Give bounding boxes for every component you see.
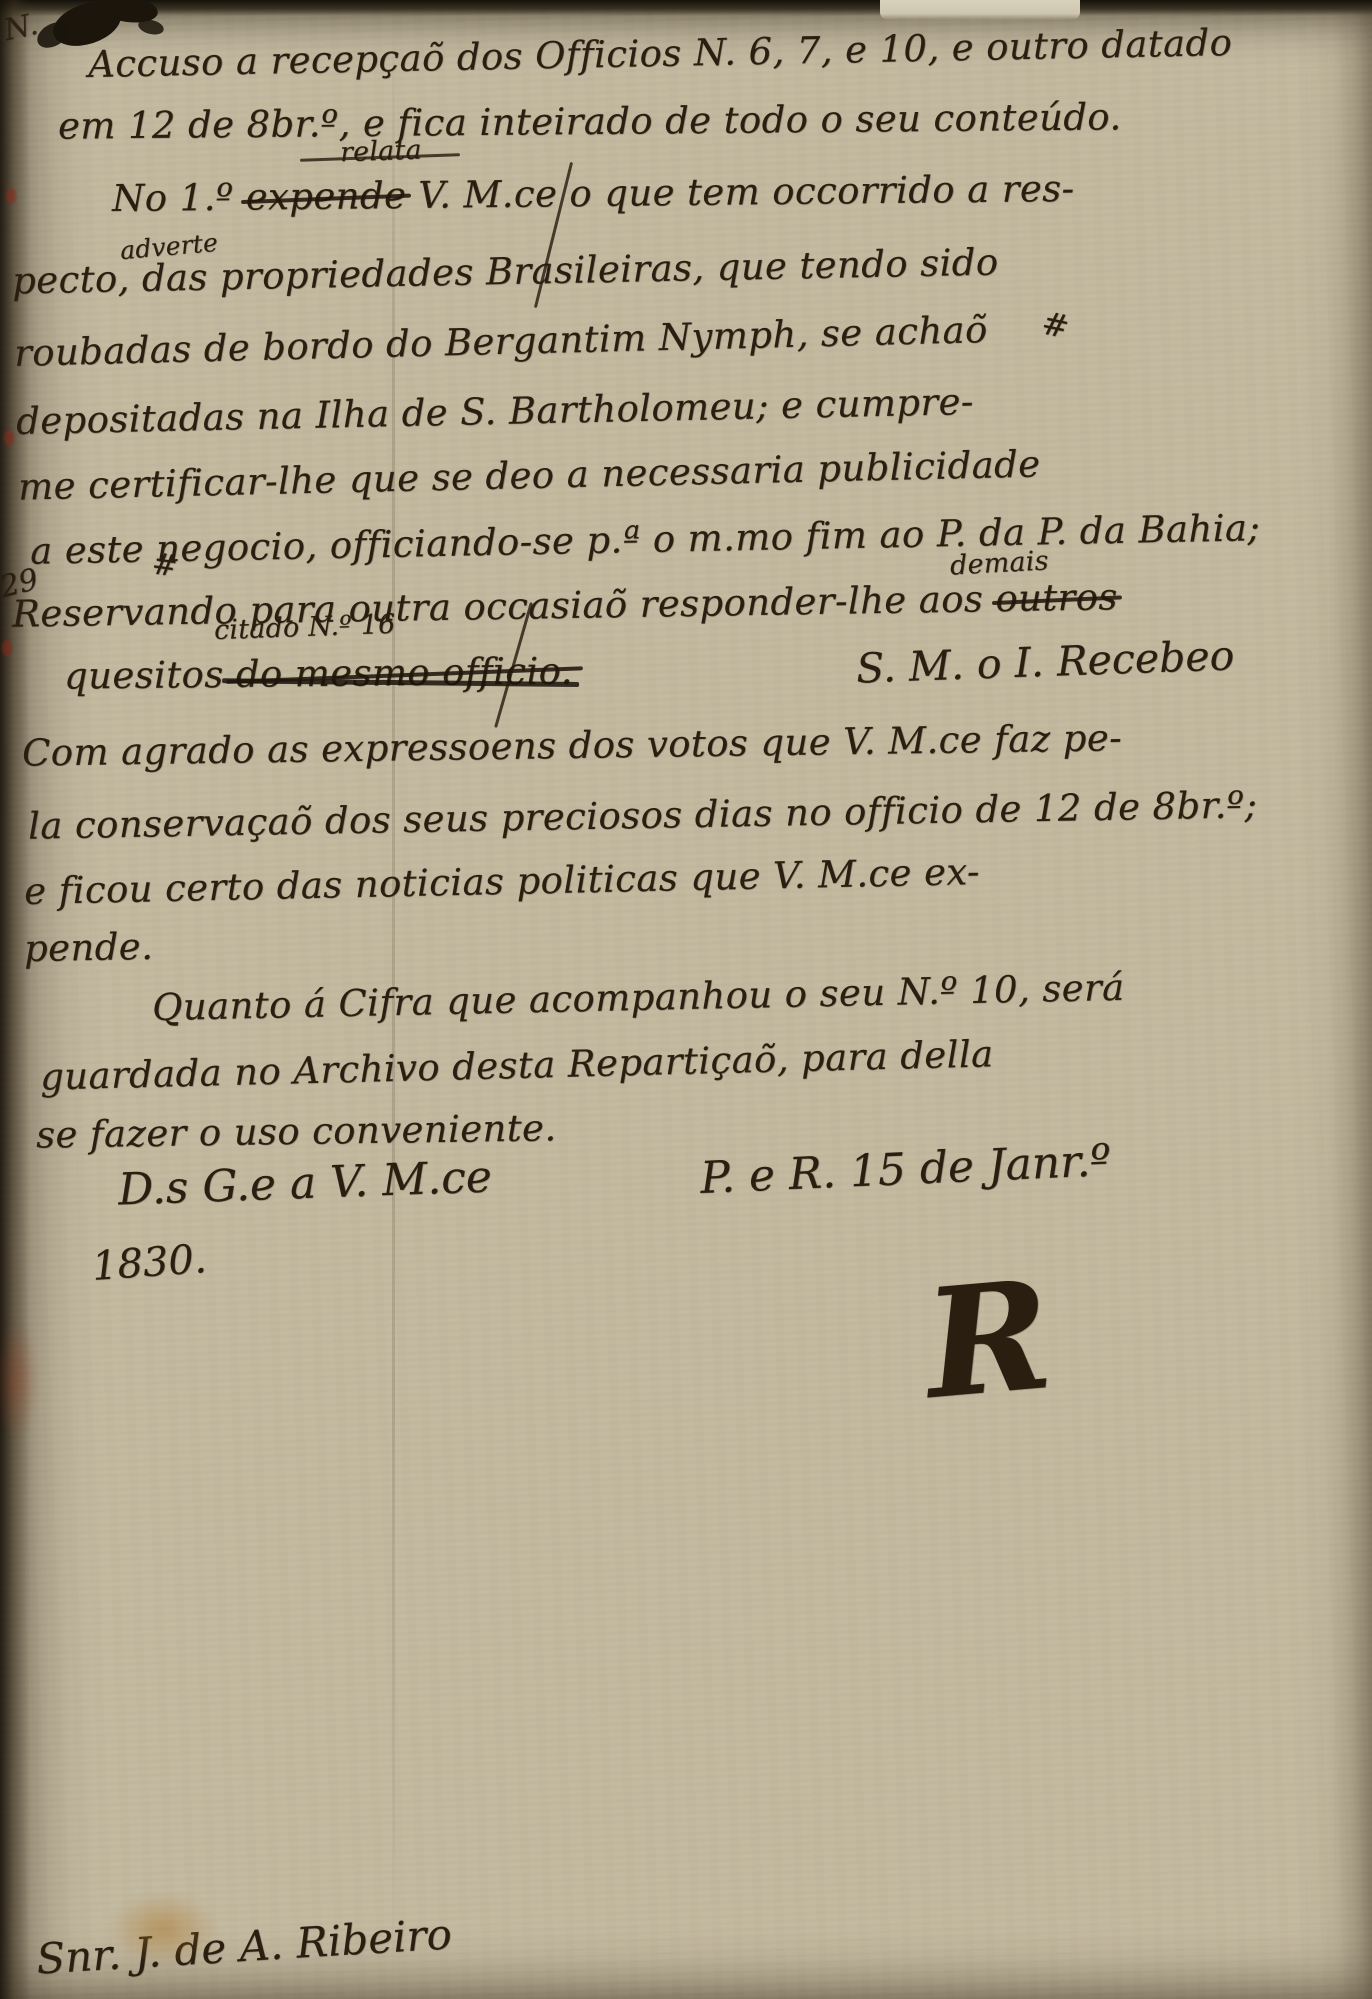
manuscript-line: Com agrado as expressoens dos votos que … [22,716,1123,774]
line-segment: V. M.ce o que tem occorrido a res- [406,167,1075,217]
manuscript-line: em 12 de 8br.º, e fica inteirado de todo… [58,95,1122,147]
line-segment-right: S. M. o I. Recebeo [855,631,1235,692]
foxing-stain [108,1892,218,1966]
interlinear-insertion: citado N.º 16 [214,609,397,646]
manuscript-line: Quanto á Cifra que acompanhou o seu N.º … [152,966,1125,1029]
edge-stain [0,1320,40,1440]
insertion-mark: # [1038,304,1073,347]
addressee: Snr. J. de A. Ribeiro [35,1909,453,1983]
manuscript-line: e ficou certo das noticias politicas que… [24,850,981,913]
manuscript-page: N. Accuso a recepçaõ dos Officios N. 6, … [0,0,1372,1999]
manuscript-line: roubadas de bordo do Bergantim Nymph, se… [14,308,989,375]
adjacent-page-corner [880,0,1080,20]
manuscript-line: pende. [24,925,154,970]
edge-fleck [6,188,16,204]
valediction: D.s G.e a V. M.ce [117,1151,492,1215]
manuscript-line: a este negocio, officiando-se p.ª o m.mo… [30,506,1261,573]
manuscript-line: se fazer o uso conveniente. [36,1106,557,1156]
manuscript-line: Reservando para outra occasiaõ responder… [12,575,1118,635]
page-top-edge [0,0,1372,16]
manuscript-line: guardada no Archivo desta Repartiçaõ, pa… [40,1032,994,1098]
struck-word: expende [245,174,406,219]
struck-phrase: do mesmo officio. [236,649,573,696]
manuscript-line: Accuso a recepçaõ dos Officios N. 6, 7, … [88,21,1233,86]
insertion-mark: # [150,546,180,584]
line-segment: Reservando para outra occasiaõ responder… [12,577,996,635]
manuscript-line: me certificar-lhe que se deo a necessari… [18,442,1041,508]
line-segment: quesitos [64,653,236,698]
manuscript-line: quesitos do mesmo officio. [64,649,573,697]
place-date: P. e R. 15 de Janr.º [699,1135,1112,1204]
edge-fleck [2,640,12,656]
interlinear-insertion: relata [339,135,422,169]
year: 1830. [91,1236,208,1290]
manuscript-line: la conservaçaõ dos seus preciosos dias n… [28,783,1258,847]
signature-rubric: R [919,1247,1059,1433]
manuscript-line: No 1.º expende V. M.ce o que tem occorri… [112,167,1075,220]
struck-word: outros [995,575,1118,620]
manuscript-line: depositadas na Ilha de S. Bartholomeu; e… [16,380,974,443]
line-segment: No 1.º [112,176,246,220]
corner-mark: N. [1,7,41,48]
edge-fleck [4,430,14,446]
